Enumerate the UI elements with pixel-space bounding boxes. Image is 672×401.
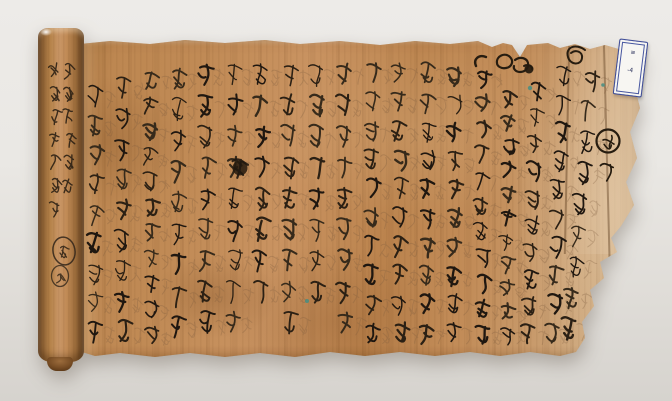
text-column [447,68,476,344]
text-column [253,64,283,303]
text-column [143,72,172,345]
text-column [281,66,311,335]
text-column [336,64,367,335]
text-column [172,69,201,338]
text-column [115,77,146,343]
roll-doodles [51,235,78,286]
text-column [420,62,450,344]
teal-dot [601,83,605,87]
manuscript-scroll [0,0,672,401]
roll-ink [49,63,78,287]
catalog-label-mark-top: ≡ [619,47,647,57]
circled-glyph [597,130,620,181]
teal-dot [528,86,532,90]
teal-dot [305,299,309,303]
text-column [309,65,339,304]
photo-stage: ≡ -4 [0,0,672,401]
roll-text-column [49,63,63,217]
text-column [391,63,422,343]
text-column [226,64,255,332]
sheet-ink [87,46,620,345]
text-column [474,71,504,344]
roll-text-column [63,64,76,193]
text-column [364,63,393,343]
text-column [87,86,117,344]
text-column [198,65,227,335]
calligraphy-layer [0,0,672,401]
catalog-label-number: -4 [616,65,644,75]
header-flourish [475,46,585,73]
text-column [545,66,585,343]
